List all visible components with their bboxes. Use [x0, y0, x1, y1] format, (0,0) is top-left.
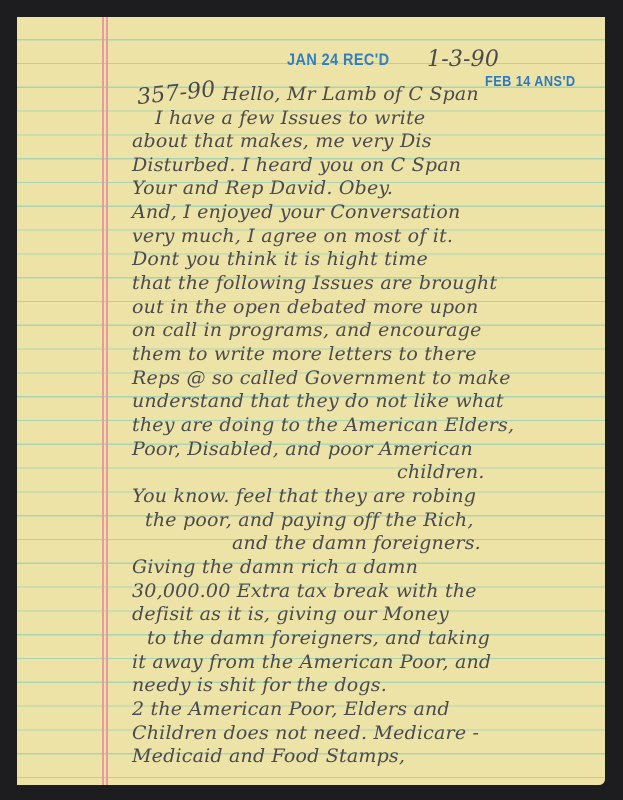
document-number: 357-90 [136, 77, 217, 110]
letter-line: And, I enjoyed your Conversation [132, 201, 460, 223]
letter-line: Children does not need. Medicare - [132, 722, 479, 744]
letter-line: Poor, Disabled, and poor American [132, 438, 473, 460]
letter-date: 1-3-90 [427, 47, 499, 72]
letter-line: 2 the American Poor, Elders and [132, 698, 450, 720]
answered-stamp: FEB 14 ANS'D [485, 73, 576, 90]
letter-line: out in the open debated more upon [132, 296, 478, 318]
letter-line: defisit as it is, giving our Money [132, 603, 449, 625]
letter-line: Medicaid and Food Stamps, [132, 745, 405, 767]
letter-line: needy is shit for the dogs. [132, 674, 387, 696]
letter-line: they are doing to the American Elders, [132, 414, 514, 436]
letter-line: the poor, and paying off the Rich, [145, 509, 474, 531]
letter-line: 30,000.00 Extra tax break with the [132, 580, 477, 602]
letter-line: them to write more letters to there [132, 343, 477, 365]
letter-line: I have a few Issues to write [155, 107, 425, 129]
letter-line: that the following Issues are brought [132, 272, 497, 294]
letter-line: Reps @ so called Government to make [132, 367, 511, 389]
letter-line: Disturbed. I heard you on C Span [132, 154, 461, 176]
letter-line: and the damn foreigners. [232, 532, 481, 554]
letter-line: children. [397, 461, 485, 483]
letter-line: it away from the American Poor, and [132, 651, 491, 673]
salutation: Hello, Mr Lamb of C Span [222, 83, 479, 105]
letter-line: Your and Rep David. Obey. [132, 177, 393, 199]
legal-paper-page: JAN 24 REC'D FEB 14 ANS'D 1-3-90 357-90 … [17, 17, 605, 785]
letter-line: very much, I agree on most of it. [132, 225, 453, 247]
letter-line: about that makes, me very Dis [132, 130, 432, 152]
letter-line: on call in programs, and encourage [132, 319, 482, 341]
letter-line: Giving the damn rich a damn [132, 556, 418, 578]
letter-line: Dont you think it is hight time [132, 248, 428, 270]
letter-line: understand that they do not like what [132, 390, 504, 412]
letter-line: to the damn foreigners, and taking [147, 627, 490, 649]
received-stamp: JAN 24 REC'D [287, 50, 389, 70]
letter-line: You know. feel that they are robing [132, 485, 476, 507]
